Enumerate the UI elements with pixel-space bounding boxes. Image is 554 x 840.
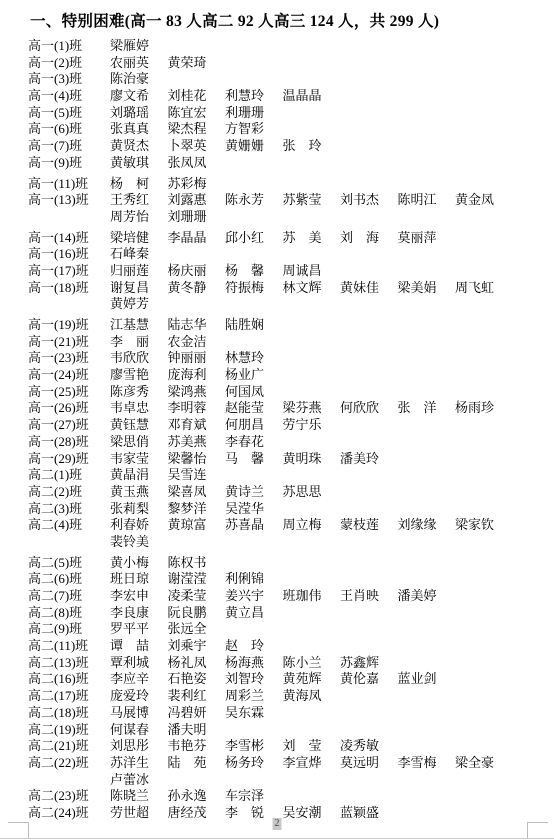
- class-label: 高一(5)班: [28, 105, 110, 122]
- student-name: 刘智玲: [225, 671, 283, 688]
- student-name: 利俐锦: [225, 571, 283, 588]
- roster-row: 高二(22)班苏洋生陆 苑杨务玲李宣烨莫远明李雪梅梁全豪: [28, 755, 554, 772]
- student-name: 苏紫莹: [283, 192, 341, 209]
- class-label: 高一(2)班: [28, 55, 110, 72]
- student-name: 陈治豪: [110, 71, 168, 88]
- student-name: 吴滢华: [225, 501, 283, 518]
- student-name: 农金洁: [168, 334, 226, 351]
- student-name: 陈权书: [168, 555, 226, 572]
- student-name: 杨雨珍: [455, 400, 513, 417]
- student-name: 黄荣琦: [168, 55, 226, 72]
- student-name: 张 玲: [283, 138, 341, 155]
- student-name: 陆志华: [168, 317, 226, 334]
- student-name: 冯碧妍: [168, 705, 226, 722]
- student-name: 陆 苑: [168, 755, 226, 772]
- student-name: 刘珊珊: [168, 209, 226, 226]
- student-name: 刘 海: [340, 230, 398, 247]
- student-name: 石艳姿: [168, 671, 226, 688]
- roster-row: 高二(1)班黄晶涓吴雪连: [28, 467, 554, 484]
- student-name: 杨 馨: [225, 263, 283, 280]
- class-label: 高一(28)班: [28, 434, 110, 451]
- student-name: 张莉梨: [110, 501, 168, 518]
- student-name: 班日琼: [110, 571, 168, 588]
- class-label: 高一(18)班: [28, 280, 110, 297]
- student-name: 庞爱玲: [110, 688, 168, 705]
- class-label: 高一(21)班: [28, 334, 110, 351]
- roster-row: 高二(7)班李宏申凌柔莹姜兴宇班珈伟王肖映潘美婷: [28, 588, 554, 605]
- class-label: 高二(19)班: [28, 722, 110, 739]
- student-name: 苏鑫辉: [340, 655, 398, 672]
- student-name: 李春花: [225, 434, 283, 451]
- roster-row: 高一(23)班韦欣欣钟丽丽林慧玲: [28, 350, 554, 367]
- class-label: 高二(3)班: [28, 501, 110, 518]
- student-name: 梁家钦: [455, 517, 513, 534]
- roster-row: 高一(16)班石峰秦: [28, 246, 554, 263]
- roster-row: 高二(8)班李良康阮良鹏黄立昌: [28, 605, 554, 622]
- roster-row: 高一(21)班李 丽农金洁: [28, 334, 554, 351]
- class-label: [28, 772, 110, 789]
- student-name: 杨业广: [225, 367, 283, 384]
- roster-row: 高二(3)班张莉梨黎梦洋吴滢华: [28, 501, 554, 518]
- student-name: 李应辛: [110, 671, 168, 688]
- student-name: 杨 柯: [110, 176, 168, 193]
- roster-row: 高一(25)班陈彦秀梁鸿燕何国凤: [28, 384, 554, 401]
- student-name: 黄明珠: [283, 451, 341, 468]
- roster-row: 高一(9)班黄敏琪张凤凤: [28, 155, 554, 172]
- roster-row: 高一(24)班廖雪艳庞海利杨业广: [28, 367, 554, 384]
- student-name: 周诚昌: [283, 263, 341, 280]
- margin-corner-mark-left: [8, 822, 29, 839]
- student-name: 杨务玲: [225, 755, 283, 772]
- student-name: 陈明江: [398, 192, 456, 209]
- class-label: 高二(2)班: [28, 484, 110, 501]
- student-name: 林文辉: [283, 280, 341, 297]
- roster-row: 高一(19)班江基慧陆志华陆胜娴: [28, 317, 554, 334]
- class-label: 高二(1)班: [28, 467, 110, 484]
- class-label: 高一(11)班: [28, 176, 110, 193]
- student-name: 周飞虹: [455, 280, 513, 297]
- student-name: 陈永芳: [225, 192, 283, 209]
- class-label: 高一(13)班: [28, 192, 110, 209]
- student-name: 姜兴宇: [225, 588, 283, 605]
- student-name: 马展博: [110, 705, 168, 722]
- class-label: [28, 209, 110, 226]
- student-name: 黄伦嘉: [340, 671, 398, 688]
- class-label: [28, 296, 110, 313]
- student-name: 李宏申: [110, 588, 168, 605]
- student-name: 梁芬燕: [283, 400, 341, 417]
- student-name: 陈晓兰: [110, 788, 168, 805]
- class-label: 高一(14)班: [28, 230, 110, 247]
- roster-row: 周芳怡刘珊珊: [28, 209, 554, 226]
- page-bottom-edge: [0, 838, 554, 839]
- roster-row: 高二(9)班罗平平张远全: [28, 621, 554, 638]
- student-name: 陈宜宏: [168, 105, 226, 122]
- class-label: 高一(3)班: [28, 71, 110, 88]
- page-title: 一、特别困难(高一 83 人高二 92 人高三 124 人，共 299 人): [30, 9, 554, 31]
- roster-row: 高二(5)班黄小梅陈权书: [28, 555, 554, 572]
- student-name: 林慧玲: [225, 350, 283, 367]
- margin-corner-mark-right: [527, 822, 548, 839]
- roster-row: 高一(5)班刘璐瑶陈宜宏利珊珊: [28, 105, 554, 122]
- class-label: 高二(8)班: [28, 605, 110, 622]
- class-label: 高一(16)班: [28, 246, 110, 263]
- roster-row: 高一(18)班谢复昌黄冬静符振梅林文辉黄妹佳梁美娟周飞虹: [28, 280, 554, 297]
- student-name: 黄钰慧: [110, 417, 168, 434]
- class-label: 高二(9)班: [28, 621, 110, 638]
- student-name: 蒙枝莲: [340, 517, 398, 534]
- student-name: 农丽英: [110, 55, 168, 72]
- student-name: 周彩兰: [225, 688, 283, 705]
- student-name: 黄小梅: [110, 555, 168, 572]
- student-name: 潘美婷: [398, 588, 456, 605]
- roster-row: 高一(6)班张真真梁杰程方智彩: [28, 121, 554, 138]
- student-name: 黄敏琪: [110, 155, 168, 172]
- student-name: 孙永逸: [168, 788, 226, 805]
- student-name: 张远全: [168, 621, 226, 638]
- student-name: 方智彩: [225, 121, 283, 138]
- page-number: 2: [273, 818, 282, 830]
- class-label: 高二(17)班: [28, 688, 110, 705]
- student-name: 李雪彬: [225, 738, 283, 755]
- roster-row: 高二(6)班班日琼谢滢滢利俐锦: [28, 571, 554, 588]
- student-name: 利春娇: [110, 517, 168, 534]
- student-name: 张真真: [110, 121, 168, 138]
- student-name: 陈小兰: [283, 655, 341, 672]
- student-name: 梁馨怡: [168, 451, 226, 468]
- student-name: 谭 喆: [110, 638, 168, 655]
- student-name: 李明蓉: [168, 400, 226, 417]
- student-name: 黄婷芳: [110, 296, 168, 313]
- student-name: 吴安潮: [283, 805, 341, 822]
- student-name: 马 馨: [225, 451, 283, 468]
- roster-row: 高二(17)班庞爱玲裴利红周彩兰黄海凤: [28, 688, 554, 705]
- student-name: 刘缘缘: [398, 517, 456, 534]
- student-name: 刘乘宇: [168, 638, 226, 655]
- student-name: 陆胜娴: [225, 317, 283, 334]
- student-name: 李 丽: [110, 334, 168, 351]
- student-name: 廖文希: [110, 88, 168, 105]
- student-name: 唐经茂: [168, 805, 226, 822]
- student-name: 裴铃美: [110, 534, 168, 551]
- student-name: 何欣欣: [340, 400, 398, 417]
- student-name: 石峰秦: [110, 246, 168, 263]
- student-name: 凌秀敏: [340, 738, 398, 755]
- roster-row: 高二(24)班劳世超唐经茂李 锐吴安潮蓝颖盛: [28, 805, 554, 822]
- student-name: 韦艳芬: [168, 738, 226, 755]
- class-label: 高二(16)班: [28, 671, 110, 688]
- student-name: 梁雁婷: [110, 38, 168, 55]
- student-name: 车宗泽: [225, 788, 283, 805]
- class-label: 高二(5)班: [28, 555, 110, 572]
- student-name: 刘璐瑶: [110, 105, 168, 122]
- class-label: 高一(7)班: [28, 138, 110, 155]
- class-label: 高一(9)班: [28, 155, 110, 172]
- class-label: 高一(1)班: [28, 38, 110, 55]
- student-name: 黄金凤: [455, 192, 513, 209]
- roster-row: 高一(14)班梁培健李晶晶邱小红苏 美刘 海莫丽萍: [28, 230, 554, 247]
- student-name: 赵能莹: [225, 400, 283, 417]
- student-name: 卢蕾冰: [110, 772, 168, 789]
- student-name: 黄晶涓: [110, 467, 168, 484]
- class-label: 高一(19)班: [28, 317, 110, 334]
- student-name: 刘露惠: [168, 192, 226, 209]
- student-name: 温晶晶: [283, 88, 341, 105]
- roster-row: 高二(2)班黄玉燕梁喜凤黄诗兰苏思思: [28, 484, 554, 501]
- roster-row: 高一(17)班归丽莲杨庆丽杨 馨周诚昌: [28, 263, 554, 280]
- roster-row: 高一(4)班廖文希刘桂花利慧玲温晶晶: [28, 88, 554, 105]
- student-name: 廖雪艳: [110, 367, 168, 384]
- roster-row: 高二(19)班何谋春潘夫明: [28, 722, 554, 739]
- class-label: 高二(7)班: [28, 588, 110, 605]
- student-name: 张 洋: [398, 400, 456, 417]
- roster-row: 高一(28)班梁思俏苏美燕李春花: [28, 434, 554, 451]
- class-label: 高一(6)班: [28, 121, 110, 138]
- class-label: 高二(4)班: [28, 517, 110, 534]
- class-label: 高二(22)班: [28, 755, 110, 772]
- roster-row: 高一(26)班韦卓忠李明蓉赵能莹梁芬燕何欣欣张 洋杨雨珍: [28, 400, 554, 417]
- roster: 高一(1)班梁雁婷高一(2)班农丽英黄荣琦高一(3)班陈治豪高一(4)班廖文希刘…: [0, 38, 554, 822]
- student-name: 符振梅: [225, 280, 283, 297]
- student-name: 张凤凤: [168, 155, 226, 172]
- student-name: 黄立昌: [225, 605, 283, 622]
- student-name: 陈彦秀: [110, 384, 168, 401]
- student-name: 王肖映: [340, 588, 398, 605]
- student-name: 钟丽丽: [168, 350, 226, 367]
- student-name: 裴利红: [168, 688, 226, 705]
- class-label: 高二(23)班: [28, 788, 110, 805]
- student-name: 杨礼凤: [168, 655, 226, 672]
- student-name: 邱小红: [225, 230, 283, 247]
- student-name: 吴东霖: [225, 705, 283, 722]
- roster-row: 高二(18)班马展博冯碧妍吴东霖: [28, 705, 554, 722]
- student-name: 刘 莹: [283, 738, 341, 755]
- class-label: 高一(17)班: [28, 263, 110, 280]
- roster-row: 高一(29)班韦家莹梁馨怡马 馨黄明珠潘美玲: [28, 451, 554, 468]
- student-name: 赵 玲: [225, 638, 283, 655]
- student-name: 何朋昌: [225, 417, 283, 434]
- student-name: 黄琼富: [168, 517, 226, 534]
- class-label: 高一(24)班: [28, 367, 110, 384]
- student-name: 杨庆丽: [168, 263, 226, 280]
- student-name: 阮良鹏: [168, 605, 226, 622]
- student-name: 何国凤: [225, 384, 283, 401]
- class-label: [28, 534, 110, 551]
- student-name: 苏彩梅: [168, 176, 226, 193]
- student-name: 卜翠英: [168, 138, 226, 155]
- student-name: 王秀红: [110, 192, 168, 209]
- student-name: 劳世超: [110, 805, 168, 822]
- student-name: 蓝颖盛: [340, 805, 398, 822]
- roster-row: 高一(1)班梁雁婷: [28, 38, 554, 55]
- class-label: 高二(11)班: [28, 638, 110, 655]
- student-name: 潘夫明: [168, 722, 226, 739]
- document-page: 一、特别困难(高一 83 人高二 92 人高三 124 人，共 299 人) 高…: [0, 0, 554, 840]
- class-label: 高二(21)班: [28, 738, 110, 755]
- student-name: 莫远明: [340, 755, 398, 772]
- class-label: 高一(27)班: [28, 417, 110, 434]
- student-name: 梁思俏: [110, 434, 168, 451]
- student-name: 谢滢滢: [168, 571, 226, 588]
- roster-row: 高二(16)班李应辛石艳姿刘智玲黄苑辉黄伦嘉蓝业剑: [28, 671, 554, 688]
- student-name: 韦卓忠: [110, 400, 168, 417]
- student-name: 李良康: [110, 605, 168, 622]
- class-label: 高二(13)班: [28, 655, 110, 672]
- class-label: 高二(24)班: [28, 805, 110, 822]
- student-name: 苏美燕: [168, 434, 226, 451]
- student-name: 韦家莹: [110, 451, 168, 468]
- student-name: 黄苑辉: [283, 671, 341, 688]
- student-name: 归丽莲: [110, 263, 168, 280]
- student-name: 苏洋生: [110, 755, 168, 772]
- roster-row: 高一(3)班陈治豪: [28, 71, 554, 88]
- class-label: 高一(29)班: [28, 451, 110, 468]
- student-name: 利慧玲: [225, 88, 283, 105]
- student-name: 周芳怡: [110, 209, 168, 226]
- student-name: 班珈伟: [283, 588, 341, 605]
- student-name: 蓝业剑: [398, 671, 456, 688]
- student-name: 李宣烨: [283, 755, 341, 772]
- student-name: 苏思思: [283, 484, 341, 501]
- roster-row: 高一(7)班黄贤杰卜翠英黄姗姗张 玲: [28, 138, 554, 155]
- roster-row: 卢蕾冰: [28, 772, 554, 789]
- student-name: 苏喜晶: [225, 517, 283, 534]
- student-name: 罗平平: [110, 621, 168, 638]
- student-name: 李雪梅: [398, 755, 456, 772]
- student-name: 梁全豪: [455, 755, 513, 772]
- roster-row: 高二(11)班谭 喆刘乘宇赵 玲: [28, 638, 554, 655]
- student-name: 黄妹佳: [340, 280, 398, 297]
- roster-row: 高一(13)班王秀红刘露惠陈永芳苏紫莹刘书杰陈明江黄金凤: [28, 192, 554, 209]
- student-name: 梁喜凤: [168, 484, 226, 501]
- student-name: 杨海燕: [225, 655, 283, 672]
- student-name: 潘美玲: [340, 451, 398, 468]
- student-name: 刘书杰: [340, 192, 398, 209]
- class-label: 高一(25)班: [28, 384, 110, 401]
- student-name: 黄诗兰: [225, 484, 283, 501]
- student-name: 覃利城: [110, 655, 168, 672]
- student-name: 李晶晶: [168, 230, 226, 247]
- student-name: 江基慧: [110, 317, 168, 334]
- student-name: 梁杰程: [168, 121, 226, 138]
- class-label: 高一(4)班: [28, 88, 110, 105]
- student-name: 梁美娟: [398, 280, 456, 297]
- class-label: 高二(18)班: [28, 705, 110, 722]
- student-name: 黄冬静: [168, 280, 226, 297]
- student-name: 黄姗姗: [225, 138, 283, 155]
- student-name: 周立梅: [283, 517, 341, 534]
- roster-row: 高一(11)班杨 柯苏彩梅: [28, 176, 554, 193]
- roster-row: 高二(13)班覃利城杨礼凤杨海燕陈小兰苏鑫辉: [28, 655, 554, 672]
- student-name: 黄贤杰: [110, 138, 168, 155]
- student-name: 利珊珊: [225, 105, 283, 122]
- roster-row: 高二(4)班利春娇黄琼富苏喜晶周立梅蒙枝莲刘缘缘梁家钦: [28, 517, 554, 534]
- roster-row: 高二(23)班陈晓兰孙永逸车宗泽: [28, 788, 554, 805]
- student-name: 韦欣欣: [110, 350, 168, 367]
- student-name: 吴雪连: [168, 467, 226, 484]
- student-name: 梁培健: [110, 230, 168, 247]
- student-name: 庞海利: [168, 367, 226, 384]
- student-name: 梁鸿燕: [168, 384, 226, 401]
- student-name: 苏 美: [283, 230, 341, 247]
- student-name: 何谋春: [110, 722, 168, 739]
- student-name: 刘桂花: [168, 88, 226, 105]
- roster-row: 高一(27)班黄钰慧邓育斌何朋昌劳宁乐: [28, 417, 554, 434]
- student-name: 刘思彤: [110, 738, 168, 755]
- student-name: 黄海凤: [283, 688, 341, 705]
- student-name: 邓育斌: [168, 417, 226, 434]
- student-name: 劳宁乐: [283, 417, 341, 434]
- student-name: 黄玉燕: [110, 484, 168, 501]
- student-name: 凌柔莹: [168, 588, 226, 605]
- roster-row: 高一(2)班农丽英黄荣琦: [28, 55, 554, 72]
- roster-row: 高二(21)班刘思彤韦艳芬李雪彬刘 莹凌秀敏: [28, 738, 554, 755]
- student-name: 谢复昌: [110, 280, 168, 297]
- roster-row: 裴铃美: [28, 534, 554, 551]
- class-label: 高二(6)班: [28, 571, 110, 588]
- student-name: 黎梦洋: [168, 501, 226, 518]
- student-name: 莫丽萍: [398, 230, 456, 247]
- class-label: 高一(23)班: [28, 350, 110, 367]
- roster-row: 黄婷芳: [28, 296, 554, 313]
- class-label: 高一(26)班: [28, 400, 110, 417]
